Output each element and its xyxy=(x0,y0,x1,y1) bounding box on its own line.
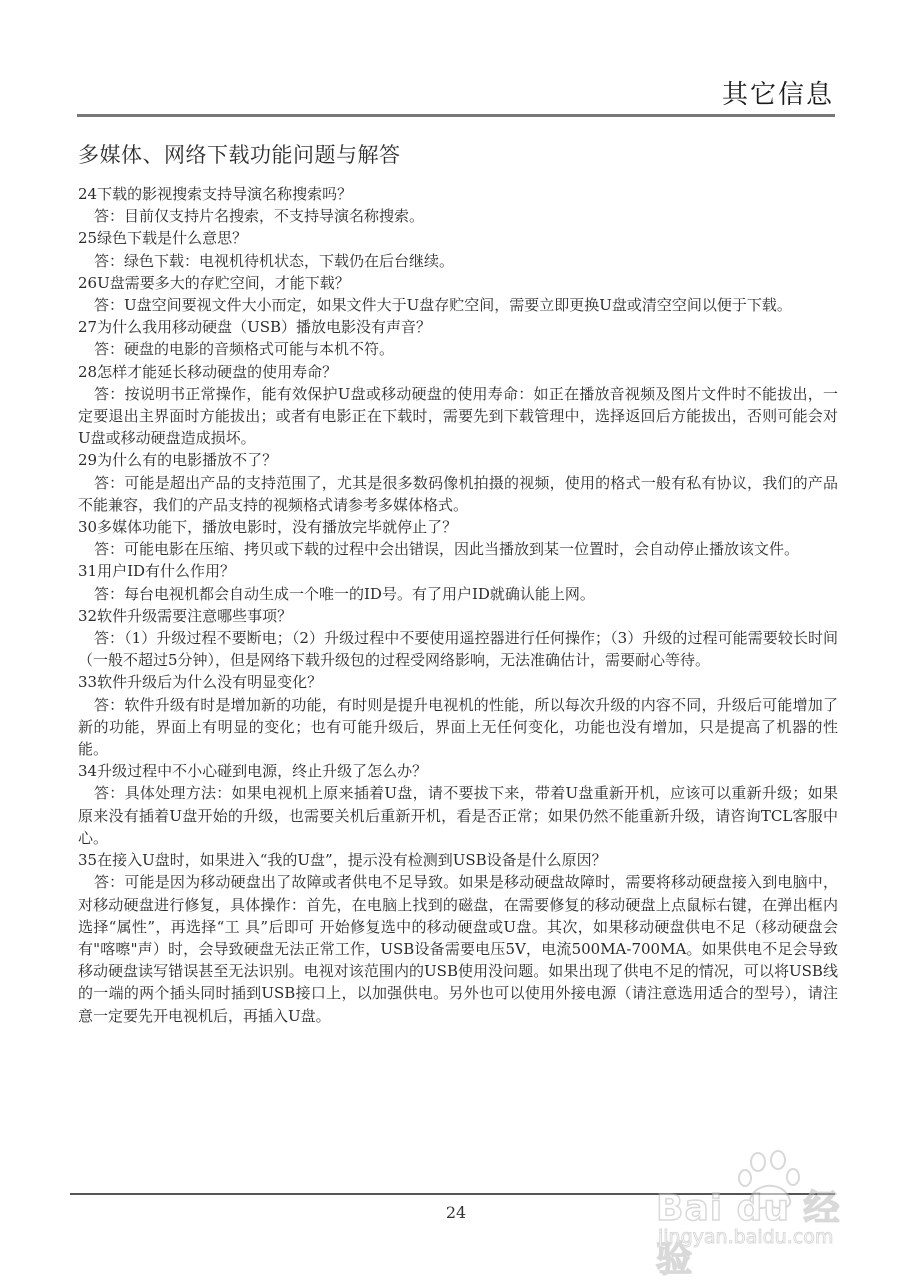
question: 28怎样才能延长移动硬盘的使用寿命？ xyxy=(78,361,838,383)
question: 29为什么有的电影播放不了？ xyxy=(78,449,838,471)
answer: 答：软件升级有时是增加新的功能，有时则是提升电视机的性能，所以每次升级的内容不同… xyxy=(78,694,838,761)
answer: 答：目前仅支持片名搜索，不支持导演名称搜索。 xyxy=(78,205,838,227)
qa-item-26: 26U盘需要多大的存贮空间，才能下载？ 答：U盘空间要视文件大小而定，如果文件大… xyxy=(78,272,838,316)
qa-item-25: 25绿色下载是什么意思？ 答：绿色下载：电视机待机状态，下载仍在后台继续。 xyxy=(78,227,838,271)
answer: 答：具体处理方法：如果电视机上原来插着U盘，请不要拔下来，带着U盘重新开机，应该… xyxy=(78,782,838,849)
answer: 答：绿色下载：电视机待机状态，下载仍在后台继续。 xyxy=(78,250,838,272)
qa-list: 24下载的影视搜索支持导演名称搜索吗？ 答：目前仅支持片名搜索，不支持导演名称搜… xyxy=(78,183,838,1027)
baidu-watermark: Bai du 经验 jingyan.baidu.com xyxy=(648,1150,868,1260)
qa-item-30: 30多媒体功能下，播放电影时，没有播放完毕就停止了？ 答：可能电影在压缩、拷贝或… xyxy=(78,516,838,560)
qa-item-32: 32软件升级需要注意哪些事项？ 答：（1）升级过程不要断电；（2）升级过程中不要… xyxy=(78,605,838,672)
answer: 答：（1）升级过程不要断电；（2）升级过程中不要使用遥控器进行任何操作；（3）升… xyxy=(78,627,838,671)
question: 24下载的影视搜索支持导演名称搜索吗？ xyxy=(78,183,838,205)
question: 35在接入U盘时，如果进入“我的U盘”，提示没有检测到USB设备是什么原因？ xyxy=(78,849,838,871)
answer: 答：每台电视机都会自动生成一个唯一的ID号。有了用户ID就确认能上网。 xyxy=(78,583,838,605)
answer: 答：可能电影在压缩、拷贝或下载的过程中会出错误，因此当播放到某一位置时，会自动停… xyxy=(78,538,838,560)
answer: 答：可能是因为移动硬盘出了故障或者供电不足导致。如果是移动硬盘故障时，需要将移动… xyxy=(78,871,838,1026)
qa-item-28: 28怎样才能延长移动硬盘的使用寿命？ 答：按说明书正常操作，能有效保护U盘或移动… xyxy=(78,361,838,450)
qa-item-29: 29为什么有的电影播放不了？ 答：可能是超出产品的支持范围了，尤其是很多数码像机… xyxy=(78,449,838,516)
question: 31用户ID有什么作用？ xyxy=(78,560,838,582)
qa-item-35: 35在接入U盘时，如果进入“我的U盘”，提示没有检测到USB设备是什么原因？ 答… xyxy=(78,849,838,1027)
question: 26U盘需要多大的存贮空间，才能下载？ xyxy=(78,272,838,294)
watermark-url: jingyan.baidu.com xyxy=(658,1226,833,1248)
answer: 答：按说明书正常操作，能有效保护U盘或移动硬盘的使用寿命：如正在播放音视频及图片… xyxy=(78,383,838,450)
qa-item-24: 24下载的影视搜索支持导演名称搜索吗？ 答：目前仅支持片名搜索，不支持导演名称搜… xyxy=(78,183,838,227)
qa-item-31: 31用户ID有什么作用？ 答：每台电视机都会自动生成一个唯一的ID号。有了用户I… xyxy=(78,560,838,604)
question: 32软件升级需要注意哪些事项？ xyxy=(78,605,838,627)
answer: 答：可能是超出产品的支持范围了，尤其是很多数码像机拍摄的视频，使用的格式一般有私… xyxy=(78,472,838,516)
answer: 答：硬盘的电影的音频格式可能与本机不符。 xyxy=(78,338,838,360)
qa-item-33: 33软件升级后为什么没有明显变化？ 答：软件升级有时是增加新的功能，有时则是提升… xyxy=(78,671,838,760)
qa-item-34: 34升级过程中不小心碰到电源，终止升级了怎么办？ 答：具体处理方法：如果电视机上… xyxy=(78,760,838,849)
header-rule xyxy=(77,114,835,117)
qa-item-27: 27为什么我用移动硬盘（USB）播放电影没有声音？ 答：硬盘的电影的音频格式可能… xyxy=(78,316,838,360)
question: 30多媒体功能下，播放电影时，没有播放完毕就停止了？ xyxy=(78,516,838,538)
page-header-title: 其它信息 xyxy=(722,74,834,111)
question: 33软件升级后为什么没有明显变化？ xyxy=(78,671,838,693)
question: 25绿色下载是什么意思？ xyxy=(78,227,838,249)
question: 34升级过程中不小心碰到电源，终止升级了怎么办？ xyxy=(78,760,838,782)
section-title: 多媒体、网络下载功能问题与解答 xyxy=(78,139,401,169)
answer: 答：U盘空间要视文件大小而定，如果文件大于U盘存贮空间，需要立即更换U盘或清空空… xyxy=(78,294,838,316)
question: 27为什么我用移动硬盘（USB）播放电影没有声音？ xyxy=(78,316,838,338)
